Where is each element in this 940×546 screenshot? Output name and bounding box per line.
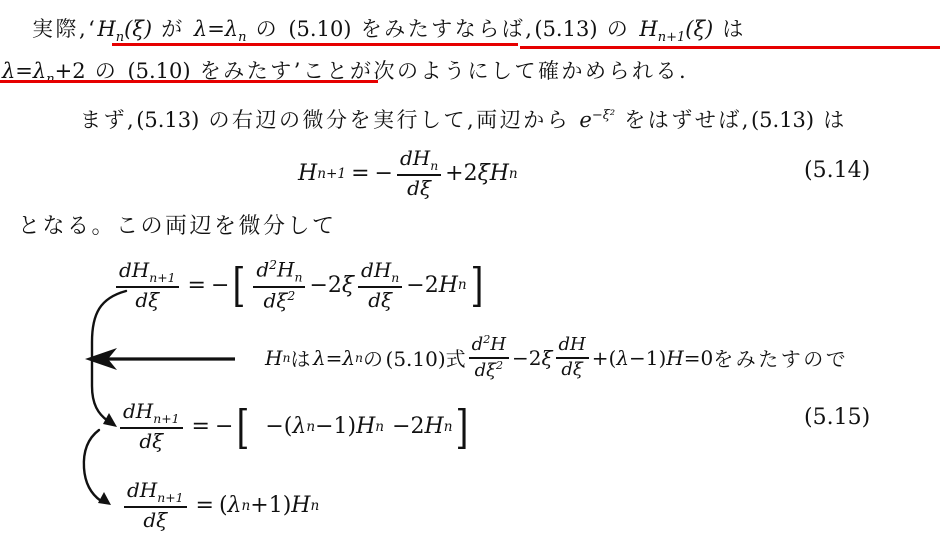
text-run: をみたすならば, [352, 17, 535, 41]
equation-label-5-14: (5.14) [804, 158, 870, 183]
math-var: λ [292, 414, 306, 439]
math-var: λ=λ [313, 346, 355, 370]
math-var: H [439, 273, 458, 298]
eq-ref: (5.10)式 [386, 343, 466, 372]
math-args: (ξ) [124, 17, 152, 41]
math-sub: n [310, 498, 319, 514]
paragraph-3: まず,(5.13) の右辺の微分を実行して,両辺から e−ξ² をはずせば,(5… [80, 104, 847, 134]
equals-sign: = [196, 493, 214, 518]
math-sup: −ξ² [592, 108, 615, 123]
frac-num: dH [400, 146, 430, 170]
equation-block-line-3: dHn+1 dξ = (λn+1)Hn [120, 479, 319, 532]
math-var: λ [228, 493, 242, 518]
math-sub: n+1 [658, 30, 686, 45]
math-sup: 2 [287, 288, 295, 303]
math-args: (ξ) [685, 17, 713, 41]
math-sub: n [355, 350, 363, 365]
equals-sign: = [188, 273, 206, 298]
math-sub: n [241, 498, 250, 514]
math-sub: n [282, 350, 290, 365]
fraction: dH dξ [556, 335, 589, 380]
math-var: ξ [342, 273, 354, 298]
equals-sign: = [351, 161, 369, 186]
left-bracket: [ [237, 404, 250, 450]
math-var: H [356, 414, 375, 439]
math-sup: 2 [496, 359, 503, 372]
right-bracket: ] [456, 404, 469, 450]
red-underline-2 [520, 46, 940, 49]
math-var: H [97, 17, 115, 41]
left-arrow [85, 348, 235, 370]
equation-label-5-15: (5.15) [804, 405, 870, 430]
minus-sign: − [215, 414, 233, 439]
text-run: まず, [80, 108, 136, 132]
frac-den: dξ [139, 429, 163, 453]
math-op: −2 [406, 273, 438, 298]
frac-den: dξ [561, 359, 582, 381]
frac-num: d [256, 258, 269, 282]
annotation-line: Hn は λ=λn の (5.10)式 d2H dξ2 −2ξ dH dξ +(… [265, 334, 848, 381]
paragraph-1: 実際,‘Hn(ξ) が λ=λn の (5.10) をみたすならば,(5.13)… [32, 13, 746, 45]
frac-num: dH [123, 399, 153, 423]
math-var: H [639, 17, 657, 41]
paragraph-4: となる。この両辺を微分して [18, 209, 337, 240]
math-var: λ=λ [194, 17, 238, 41]
math-sub: n+1 [317, 166, 346, 182]
frac-den: dξ [368, 288, 392, 312]
eq-ref: (5.10) [288, 17, 351, 41]
math-sub: n [294, 270, 302, 285]
eq-ref: (5.13) [534, 17, 597, 41]
frac-num: dH [119, 258, 149, 282]
equation-5-14: Hn+1 = − dHn dξ +2ξHn [298, 147, 518, 200]
frac-num: dH [556, 335, 589, 359]
math-sub: n [430, 158, 438, 173]
math-var: H [425, 414, 444, 439]
math-sub: n+1 [157, 490, 183, 505]
math-var: H [666, 346, 683, 370]
math-var: λ [616, 346, 629, 370]
text-run: をみたすので [713, 343, 848, 372]
math-sub: n [375, 419, 384, 435]
math-op: ( [219, 493, 228, 518]
math-sub: n+1 [153, 411, 179, 426]
eq-ref: (5.13) [136, 108, 199, 132]
fraction: dHn+1 dξ [120, 400, 183, 453]
fraction: dHn dξ [358, 259, 402, 312]
text-run: は [290, 343, 313, 372]
frac-den: dξ [475, 360, 496, 381]
frac-num: dH [361, 258, 391, 282]
math-sub: n [391, 270, 399, 285]
math-sub: n [306, 419, 315, 435]
math-op: −2 [392, 414, 424, 439]
math-var: ξ [542, 346, 553, 370]
frac-den: dξ [135, 288, 159, 312]
math-op: +2 [445, 161, 477, 186]
red-underline-3 [0, 80, 378, 83]
frac-den: dξ [264, 289, 288, 313]
equals-sign: = [192, 414, 210, 439]
text-run: の [363, 343, 386, 372]
text-run: 実際,‘ [32, 17, 97, 41]
text-run: は [814, 108, 847, 132]
text-run: の [598, 17, 640, 41]
math-sub: n [444, 419, 453, 435]
frac-den: dξ [143, 508, 167, 532]
text-run: の右辺の微分を実行して,両辺から [199, 108, 579, 132]
math-var: ξH [478, 161, 509, 186]
left-bracket: [ [233, 262, 246, 308]
math-op: +( [592, 346, 617, 370]
fraction: dHn dξ [397, 147, 441, 200]
frac-den: dξ [407, 176, 431, 200]
right-bracket: ] [470, 262, 483, 308]
math-op: −1) [315, 414, 356, 439]
text-run: が [152, 17, 194, 41]
eq-ref: (5.13) [751, 108, 814, 132]
frac-num: dH [127, 478, 157, 502]
math-sup: 2 [269, 257, 277, 272]
text-run: の [247, 17, 289, 41]
math-sub: n [509, 166, 518, 182]
fraction: d2Hn dξ2 [253, 258, 305, 313]
math-var: H [490, 334, 506, 355]
fraction: d2H dξ2 [469, 334, 509, 381]
fraction: dHn+1 dξ [124, 479, 187, 532]
equation-block-line-2: dHn+1 dξ = − [ −(λn−1)Hn −2Hn ] [116, 400, 472, 453]
equation-block-line-1: dHn+1 dξ = − [ d2Hn dξ2 −2ξ dHn dξ −2Hn … [112, 258, 487, 313]
curved-arrow-down-2 [84, 430, 111, 505]
math-op: =0 [684, 346, 713, 370]
math-sub: n [458, 277, 467, 293]
math-var: H [298, 161, 317, 186]
text-run: となる。この両辺を微分して [18, 214, 337, 239]
minus-sign: − [211, 273, 229, 298]
minus-sign: − [375, 161, 393, 186]
text-run: をはずせば, [615, 108, 751, 132]
math-op: −1) [629, 346, 666, 370]
math-var: H [277, 258, 294, 282]
math-var: H [291, 493, 310, 518]
frac-num: d [472, 334, 484, 355]
math-var: e [579, 108, 591, 132]
red-underline-1 [112, 43, 518, 46]
math-op: −2 [309, 273, 341, 298]
text-run: は [713, 17, 746, 41]
math-op: +1) [250, 493, 291, 518]
fraction: dHn+1 dξ [116, 259, 179, 312]
math-op: −2 [512, 346, 541, 370]
math-op: −( [265, 414, 292, 439]
math-sub: n+1 [149, 270, 175, 285]
math-var: H [265, 346, 282, 370]
